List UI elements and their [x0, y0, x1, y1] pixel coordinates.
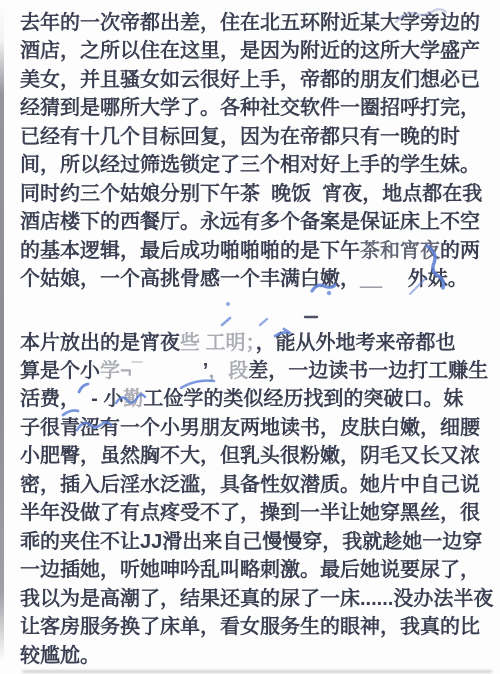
text-segment: 小 — [103, 388, 123, 410]
text-line: 同时约三个姑娘分别下午茶 晚饭 宵夜，地点都在我 — [20, 180, 484, 208]
text-segment: 外妹。 — [382, 268, 468, 290]
screenshot-canvas: 去年的一次帝都出差，住在北五环附近某大学旁边的酒店，之所以住在这里，是因为附近的… — [0, 0, 500, 674]
text-segment: 美女，并且骚女如云很好上手，帝都的朋友们想必已 — [20, 69, 480, 91]
text-segment: ，能从外地考来帝都也 — [256, 332, 456, 354]
text-segment: 密，插入后淫水泛滥，具备性奴潜质。她片中自己说 — [20, 474, 480, 496]
text-segment: 一边插她，听她呻吟乱叫略刺激。最后她说要尿了， — [20, 559, 480, 581]
text-line: 本片放出的是宵夜些 工明；，能从外地考来帝都也 — [20, 329, 484, 357]
text-line: 活费， - 小勤工俭学的类似经历找到的突破口。妹 — [20, 385, 484, 413]
text-segment: - — [80, 388, 103, 410]
text-segment: 的基本逻辑，最后成功啪啪啪的是下午 — [20, 240, 360, 262]
text-segment: 算是个小 — [20, 360, 100, 382]
text-segment: 小肥臀，虽然胸不大，但乳头很粉嫩，阴毛又长又浓 — [20, 445, 480, 467]
text-line: 一边插她，听她呻吟乱叫略刺激。最后她说要尿了， — [20, 556, 484, 584]
text-line: 半年没做了有点疼受不了，操到一半让她穿黑丝，很 — [20, 499, 484, 527]
text-segment: 同时约三个姑娘分别下午茶 晚饭 宵夜，地点都在我 — [20, 183, 482, 205]
text-line: 美女，并且骚女如云很好上手，帝都的朋友们想必已 — [20, 66, 484, 94]
text-segment: 差，一边读书一边打工赚生 — [248, 360, 488, 382]
text-segment: 酒店楼下的西餐厅。永远有多个备案是保证床上不空 — [20, 211, 480, 233]
text-segment: 我以为是高潮了，结果还真的尿了一床......没办法半夜 — [20, 588, 493, 610]
text-line: 算是个小学¬¯ ’，段差，一边读书一边打工赚生 — [20, 357, 484, 385]
text-segment: 间，所以经过筛选锁定了三个相对好上手的学生妹。 — [20, 154, 480, 176]
text-line: 的基本逻辑，最后成功啪啪啪的是下午茶和宵夜的两 — [20, 237, 484, 265]
text-segment: 较尴尬。 — [20, 645, 100, 667]
text-line: 较尴尬。 — [20, 642, 484, 670]
erased-text-segment: 茶和宵夜 — [360, 240, 440, 262]
text-segment: 本片放出的是宵夜 — [20, 332, 180, 354]
paragraph-1: 去年的一次帝都出差，住在北五环附近某大学旁边的酒店，之所以住在这里，是因为附近的… — [20, 9, 484, 294]
erased-text-segment: 学¬¯ — [100, 360, 143, 382]
text-line: 酒店楼下的西餐厅。永远有多个备案是保证床上不空 — [20, 208, 484, 236]
text-line: 我以为是高潮了，结果还真的尿了一床......没办法半夜 — [20, 585, 484, 613]
erased-text-segment: 些 工明； — [180, 332, 256, 354]
text-line: 个姑娘，一个高挑骨感一个丰满白嫩，__ 外妹。 — [20, 265, 484, 293]
photo-edge-left — [0, 0, 4, 674]
paragraph-2: 本片放出的是宵夜些 工明；，能从外地考来帝都也算是个小学¬¯ ’，段差，一边读书… — [20, 329, 484, 670]
text-line: 让客房服务换了床单，看女服务生的眼神，我真的比 — [20, 613, 484, 641]
text-body: 去年的一次帝都出差，住在北五环附近某大学旁边的酒店，之所以住在这里，是因为附近的… — [20, 9, 484, 670]
text-segment: 的两 — [440, 240, 480, 262]
text-segment: 个姑娘，一个高挑骨感一个丰满白嫩，__ — [20, 268, 382, 290]
text-segment: 让客房服务换了床单，看女服务生的眼神，我真的比 — [20, 616, 480, 638]
text-line: 间，所以经过筛选锁定了三个相对好上手的学生妹。 — [20, 151, 484, 179]
text-line: 经猜到是哪所大学了。各种社交软件一圈招呼打完， — [20, 94, 484, 122]
text-line: 乖的夹住不让JJ滑出来自己慢慢穿，我就趁她一边穿 — [20, 528, 484, 556]
text-line: 酒店，之所以住在这里，是因为附近的这所大学盛产 — [20, 37, 484, 65]
text-segment: 半年没做了有点疼受不了，操到一半让她穿黑丝，很 — [20, 502, 480, 524]
text-segment: 活费， — [20, 388, 80, 410]
text-line: 已经有十几个目标回复，因为在帝都只有一晚的时 — [20, 123, 484, 151]
erased-text-segment: ，段 — [208, 360, 248, 382]
photo-edge-bottom — [22, 670, 492, 673]
text-segment: 酒店，之所以住在这里，是因为附近的这所大学盛产 — [20, 40, 480, 62]
text-line: 去年的一次帝都出差，住在北五环附近某大学旁边的 — [20, 9, 484, 37]
text-segment: 子很青涩有一个小男朋友两地读书，皮肤白嫩，细腰 — [20, 417, 480, 439]
text-line: 小肥臀，虽然胸不大，但乳头很粉嫩，阴毛又长又浓 — [20, 442, 484, 470]
text-line: 密，插入后淫水泛滥，具备性奴潜质。她片中自己说 — [20, 471, 484, 499]
erased-text-segment: 勤 — [123, 388, 143, 410]
text-line: 子很青涩有一个小男朋友两地读书，皮肤白嫩，细腰 — [20, 414, 484, 442]
text-segment: 工俭学的类似经历找到的突破口。妹 — [143, 388, 463, 410]
text-segment: ’ — [143, 360, 209, 382]
text-segment: 经猜到是哪所大学了。各种社交软件一圈招呼打完， — [20, 97, 480, 119]
text-segment: 乖的夹住不让JJ滑出来自己慢慢穿，我就趁她一边穿 — [20, 531, 482, 553]
text-segment: 去年的一次帝都出差，住在北五环附近某大学旁边的 — [20, 12, 480, 34]
text-segment: 已经有十几个目标回复，因为在帝都只有一晚的时 — [20, 126, 460, 148]
